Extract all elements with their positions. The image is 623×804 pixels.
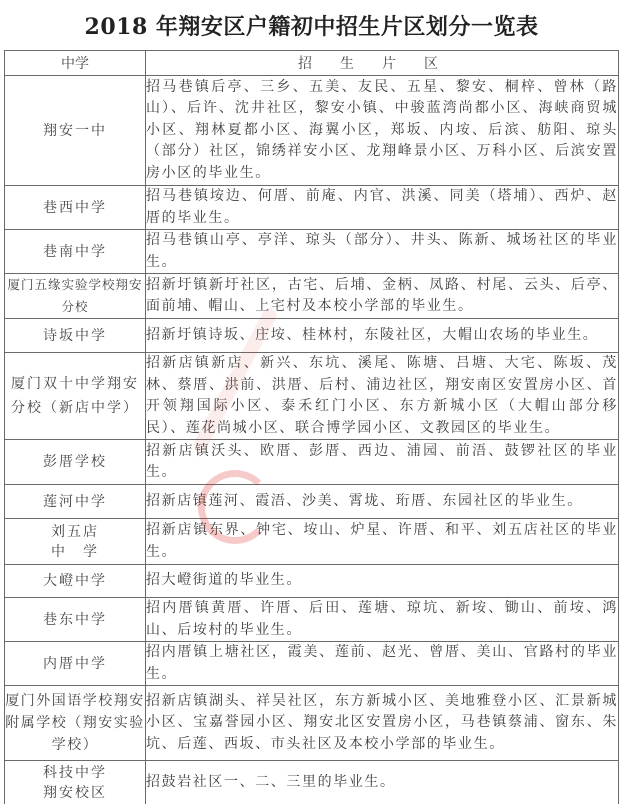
enrollment-zone-table: 中学 招生片区 翔安一中 招马巷镇后亭、三乡、五美、友民、五星、黎安、桐梓、曾林… bbox=[4, 50, 619, 804]
table-row: 大嶝中学 招大嶝街道的毕业生。 bbox=[5, 565, 619, 598]
table-row: 巷东中学 招内厝镇黄厝、许厝、后田、莲塘、琼坑、新垵、锄山、前垵、鸿山、后垵村的… bbox=[5, 598, 619, 642]
zone-description: 招马巷镇山亭、亭洋、琼头（部分）、井头、陈新、城场社区的毕业生。 bbox=[146, 230, 619, 274]
column-header-zone: 招生片区 bbox=[146, 51, 619, 76]
zone-description: 招内厝镇上塘社区，霞美、莲前、赵光、曾厝、美山、官路村的毕业生。 bbox=[146, 642, 619, 686]
zone-description: 招内厝镇黄厝、许厝、后田、莲塘、琼坑、新垵、锄山、前垵、鸿山、后垵村的毕业生。 bbox=[146, 598, 619, 642]
table-row: 诗坂中学 招新圩镇诗坂、庄垵、桂林村，东陵社区，大帽山农场的毕业生。 bbox=[5, 319, 619, 353]
school-name: 巷西中学 bbox=[5, 186, 146, 230]
zone-description: 招新店镇新店、新兴、东坑、溪尾、陈塘、吕塘、大宅、陈坂、茂林、蔡厝、洪前、洪厝、… bbox=[146, 353, 619, 440]
table-row: 厦门五缘实验学校翔安分校 招新圩镇新圩社区，古宅、后埔、金柄、凤路、村尾、云头、… bbox=[5, 274, 619, 319]
school-name: 莲河中学 bbox=[5, 485, 146, 519]
school-name: 彭厝学校 bbox=[5, 440, 146, 485]
table-row: 厦门双十中学翔安分校（新店中学） 招新店镇新店、新兴、东坑、溪尾、陈塘、吕塘、大… bbox=[5, 353, 619, 440]
zone-description: 招新店镇湖头、祥吴社区，东方新城小区、美地雅登小区、汇景新城小区、宝嘉誉园小区、… bbox=[146, 686, 619, 761]
column-header-school: 中学 bbox=[5, 51, 146, 76]
table-row: 厦门外国语学校翔安附属学校（翔安实验学校） 招新店镇湖头、祥吴社区，东方新城小区… bbox=[5, 686, 619, 761]
table-row: 巷西中学 招马巷镇垵边、何厝、前庵、内官、洪溪、同美（塔埔）、西炉、赵厝的毕业生… bbox=[5, 186, 619, 230]
table-row: 内厝中学 招内厝镇上塘社区，霞美、莲前、赵光、曾厝、美山、官路村的毕业生。 bbox=[5, 642, 619, 686]
zone-description: 招新店镇东界、钟宅、垵山、炉星、许厝、和平、刘五店社区的毕业生。 bbox=[146, 519, 619, 565]
school-name: 刘五店 中 学 bbox=[5, 519, 146, 565]
school-name: 诗坂中学 bbox=[5, 319, 146, 353]
zone-description: 招新圩镇诗坂、庄垵、桂林村，东陵社区，大帽山农场的毕业生。 bbox=[146, 319, 619, 353]
document-title: 2018 年翔安区户籍初中招生片区划分一览表 bbox=[0, 10, 623, 41]
school-name: 巷东中学 bbox=[5, 598, 146, 642]
school-name: 厦门外国语学校翔安附属学校（翔安实验学校） bbox=[5, 686, 146, 761]
school-name: 厦门双十中学翔安分校（新店中学） bbox=[5, 353, 146, 440]
school-name: 厦门五缘实验学校翔安分校 bbox=[5, 274, 146, 319]
zone-description: 招鼓岩社区一、二、三里的毕业生。 bbox=[146, 761, 619, 804]
table-row: 巷南中学 招马巷镇山亭、亭洋、琼头（部分）、井头、陈新、城场社区的毕业生。 bbox=[5, 230, 619, 274]
table-header-row: 中学 招生片区 bbox=[5, 51, 619, 76]
zone-description: 招新圩镇新圩社区，古宅、后埔、金柄、凤路、村尾、云头、后亭、面前埔、帽山、上宅村… bbox=[146, 274, 619, 319]
table-row: 刘五店 中 学 招新店镇东界、钟宅、垵山、炉星、许厝、和平、刘五店社区的毕业生。 bbox=[5, 519, 619, 565]
school-name: 内厝中学 bbox=[5, 642, 146, 686]
zone-description: 招马巷镇垵边、何厝、前庵、内官、洪溪、同美（塔埔）、西炉、赵厝的毕业生。 bbox=[146, 186, 619, 230]
school-name: 翔安一中 bbox=[5, 76, 146, 186]
school-name: 巷南中学 bbox=[5, 230, 146, 274]
zone-description: 招新店镇莲河、霞浯、沙美、霄垅、珩厝、东园社区的毕业生。 bbox=[146, 485, 619, 519]
table-row: 科技中学 翔安校区 招鼓岩社区一、二、三里的毕业生。 bbox=[5, 761, 619, 804]
table-row: 彭厝学校 招新店镇沃头、欧厝、彭厝、西边、浦园、前浯、鼓锣社区的毕业生。 bbox=[5, 440, 619, 485]
table-row: 翔安一中 招马巷镇后亭、三乡、五美、友民、五星、黎安、桐梓、曾林（路山）、后许、… bbox=[5, 76, 619, 186]
table-row: 莲河中学 招新店镇莲河、霞浯、沙美、霄垅、珩厝、东园社区的毕业生。 bbox=[5, 485, 619, 519]
school-name: 科技中学 翔安校区 bbox=[5, 761, 146, 804]
school-name: 大嶝中学 bbox=[5, 565, 146, 598]
zone-description: 招新店镇沃头、欧厝、彭厝、西边、浦园、前浯、鼓锣社区的毕业生。 bbox=[146, 440, 619, 485]
zone-description: 招马巷镇后亭、三乡、五美、友民、五星、黎安、桐梓、曾林（路山）、后许、沈井社区，… bbox=[146, 76, 619, 186]
zone-description: 招大嶝街道的毕业生。 bbox=[146, 565, 619, 598]
